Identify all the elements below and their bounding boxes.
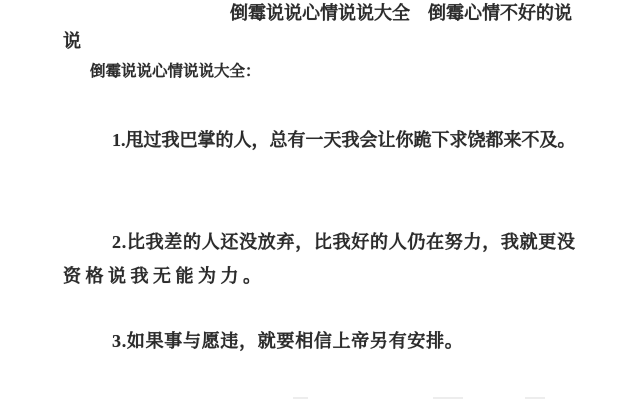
clipped-text-fragment <box>433 397 463 399</box>
quote-item-3: 3.如果事与愿违，就要相信上帝另有安排。 <box>112 331 464 351</box>
clipped-text-fragment <box>293 397 308 399</box>
document-page: 倒霉说说心情说说大全 倒霉心情不好的说 说 倒霉说说心情说说大全： 1.甩过我巴… <box>0 0 640 400</box>
quote-item-2-continuation: 资格说我无能为力。 <box>63 266 266 286</box>
clipped-text-fragment <box>525 397 545 399</box>
quote-item-1: 1.甩过我巴掌的人，总有一天我会让你跪下求饶都来不及。 <box>112 130 576 150</box>
document-title-continuation: 说 <box>63 31 81 51</box>
document-title: 倒霉说说心情说说大全 倒霉心情不好的说 <box>230 3 572 23</box>
quote-item-2: 2.比我差的人还没放弃，比我好的人仍在努力，我就更没 <box>112 232 576 252</box>
section-heading: 倒霉说说心情说说大全： <box>90 62 261 82</box>
